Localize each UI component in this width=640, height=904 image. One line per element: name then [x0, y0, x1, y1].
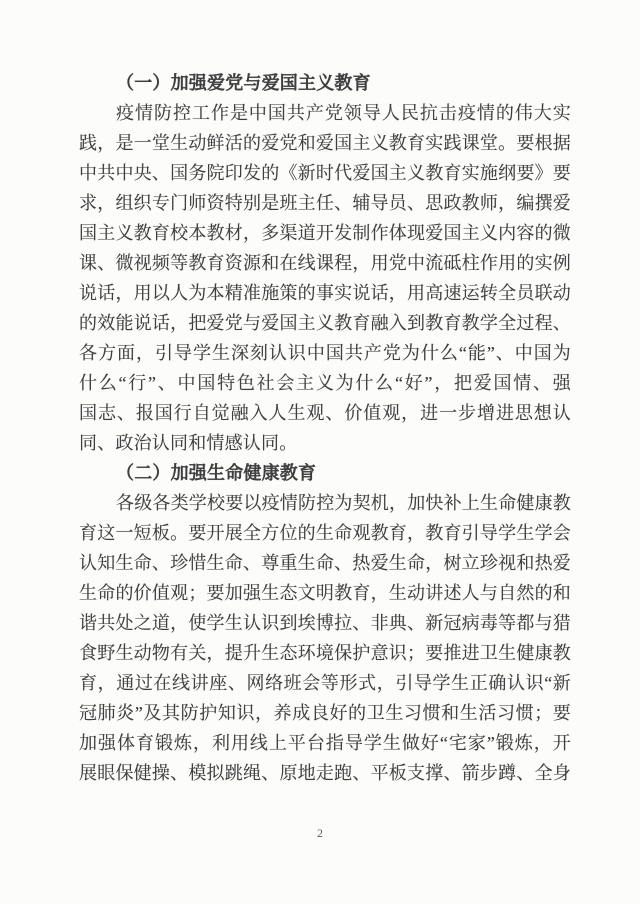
text-line: 认知生命、珍惜生命、尊重生命、热爱生命，树立珍视和热爱 — [79, 548, 571, 578]
section-heading: （一）加强爱党与爱国主义教育 — [79, 68, 571, 98]
text-line: 什么“行”、中国特色社会主义为什么“好”，把爱国情、强 — [79, 368, 571, 398]
text-line: 国志、报国行自觉融入人生观、价值观，进一步增进思想认 — [79, 398, 571, 428]
text-line: 冠肺炎”及其防护知识，养成良好的卫生习惯和生活习惯；要 — [79, 698, 571, 728]
section-heading: （二）加强生命健康教育 — [79, 458, 571, 488]
page-number: 2 — [0, 826, 640, 841]
text-line: 践，是一堂生动鲜活的爱党和爱国主义教育实践课堂。要根据 — [79, 128, 571, 158]
text-line: 育这一短板。要开展全方位的生命观教育，教育引导学生学会 — [79, 518, 571, 548]
text-line: 展眼保健操、模拟跳绳、原地走跑、平板支撑、箭步蹲、全身 — [79, 758, 571, 788]
text-line: 国主义教育校本教材，多渠道开发制作体现爱国主义内容的微 — [79, 218, 571, 248]
text-line: 疫情防控工作是中国共产党领导人民抗击疫情的伟大实 — [79, 98, 571, 128]
text-line: 求，组织专门师资特别是班主任、辅导员、思政教师，编撰爱 — [79, 188, 571, 218]
scanned-document-page: （一）加强爱党与爱国主义教育疫情防控工作是中国共产党领导人民抗击疫情的伟大实践，… — [0, 0, 640, 904]
text-line: 食野生动物有关，提升生态环境保护意识；要推进卫生健康教 — [79, 638, 571, 668]
document-body: （一）加强爱党与爱国主义教育疫情防控工作是中国共产党领导人民抗击疫情的伟大实践，… — [79, 68, 571, 788]
text-line: 课、微视频等教育资源和在线课程，用党中流砥柱作用的实例 — [79, 248, 571, 278]
text-line: 中共中央、国务院印发的《新时代爱国主义教育实施纲要》要 — [79, 158, 571, 188]
text-line: 同、政治认同和情感认同。 — [79, 428, 571, 458]
text-line: 各级各类学校要以疫情防控为契机，加快补上生命健康教 — [79, 488, 571, 518]
text-line: 的效能说话，把爱党与爱国主义教育融入到教育教学全过程、 — [79, 308, 571, 338]
text-line: 生命的价值观；要加强生态文明教育，生动讲述人与自然的和 — [79, 578, 571, 608]
text-line: 加强体育锻炼，利用线上平台指导学生做好“宅家”锻炼，开 — [79, 728, 571, 758]
text-line: 谐共处之道，使学生认识到埃博拉、非典、新冠病毒等都与猎 — [79, 608, 571, 638]
text-line: 说话，用以人为本精准施策的事实说话，用高速运转全员联动 — [79, 278, 571, 308]
text-line: 各方面，引导学生深刻认识中国共产党为什么“能”、中国为 — [79, 338, 571, 368]
text-line: 育，通过在线讲座、网络班会等形式，引导学生正确认识“新 — [79, 668, 571, 698]
